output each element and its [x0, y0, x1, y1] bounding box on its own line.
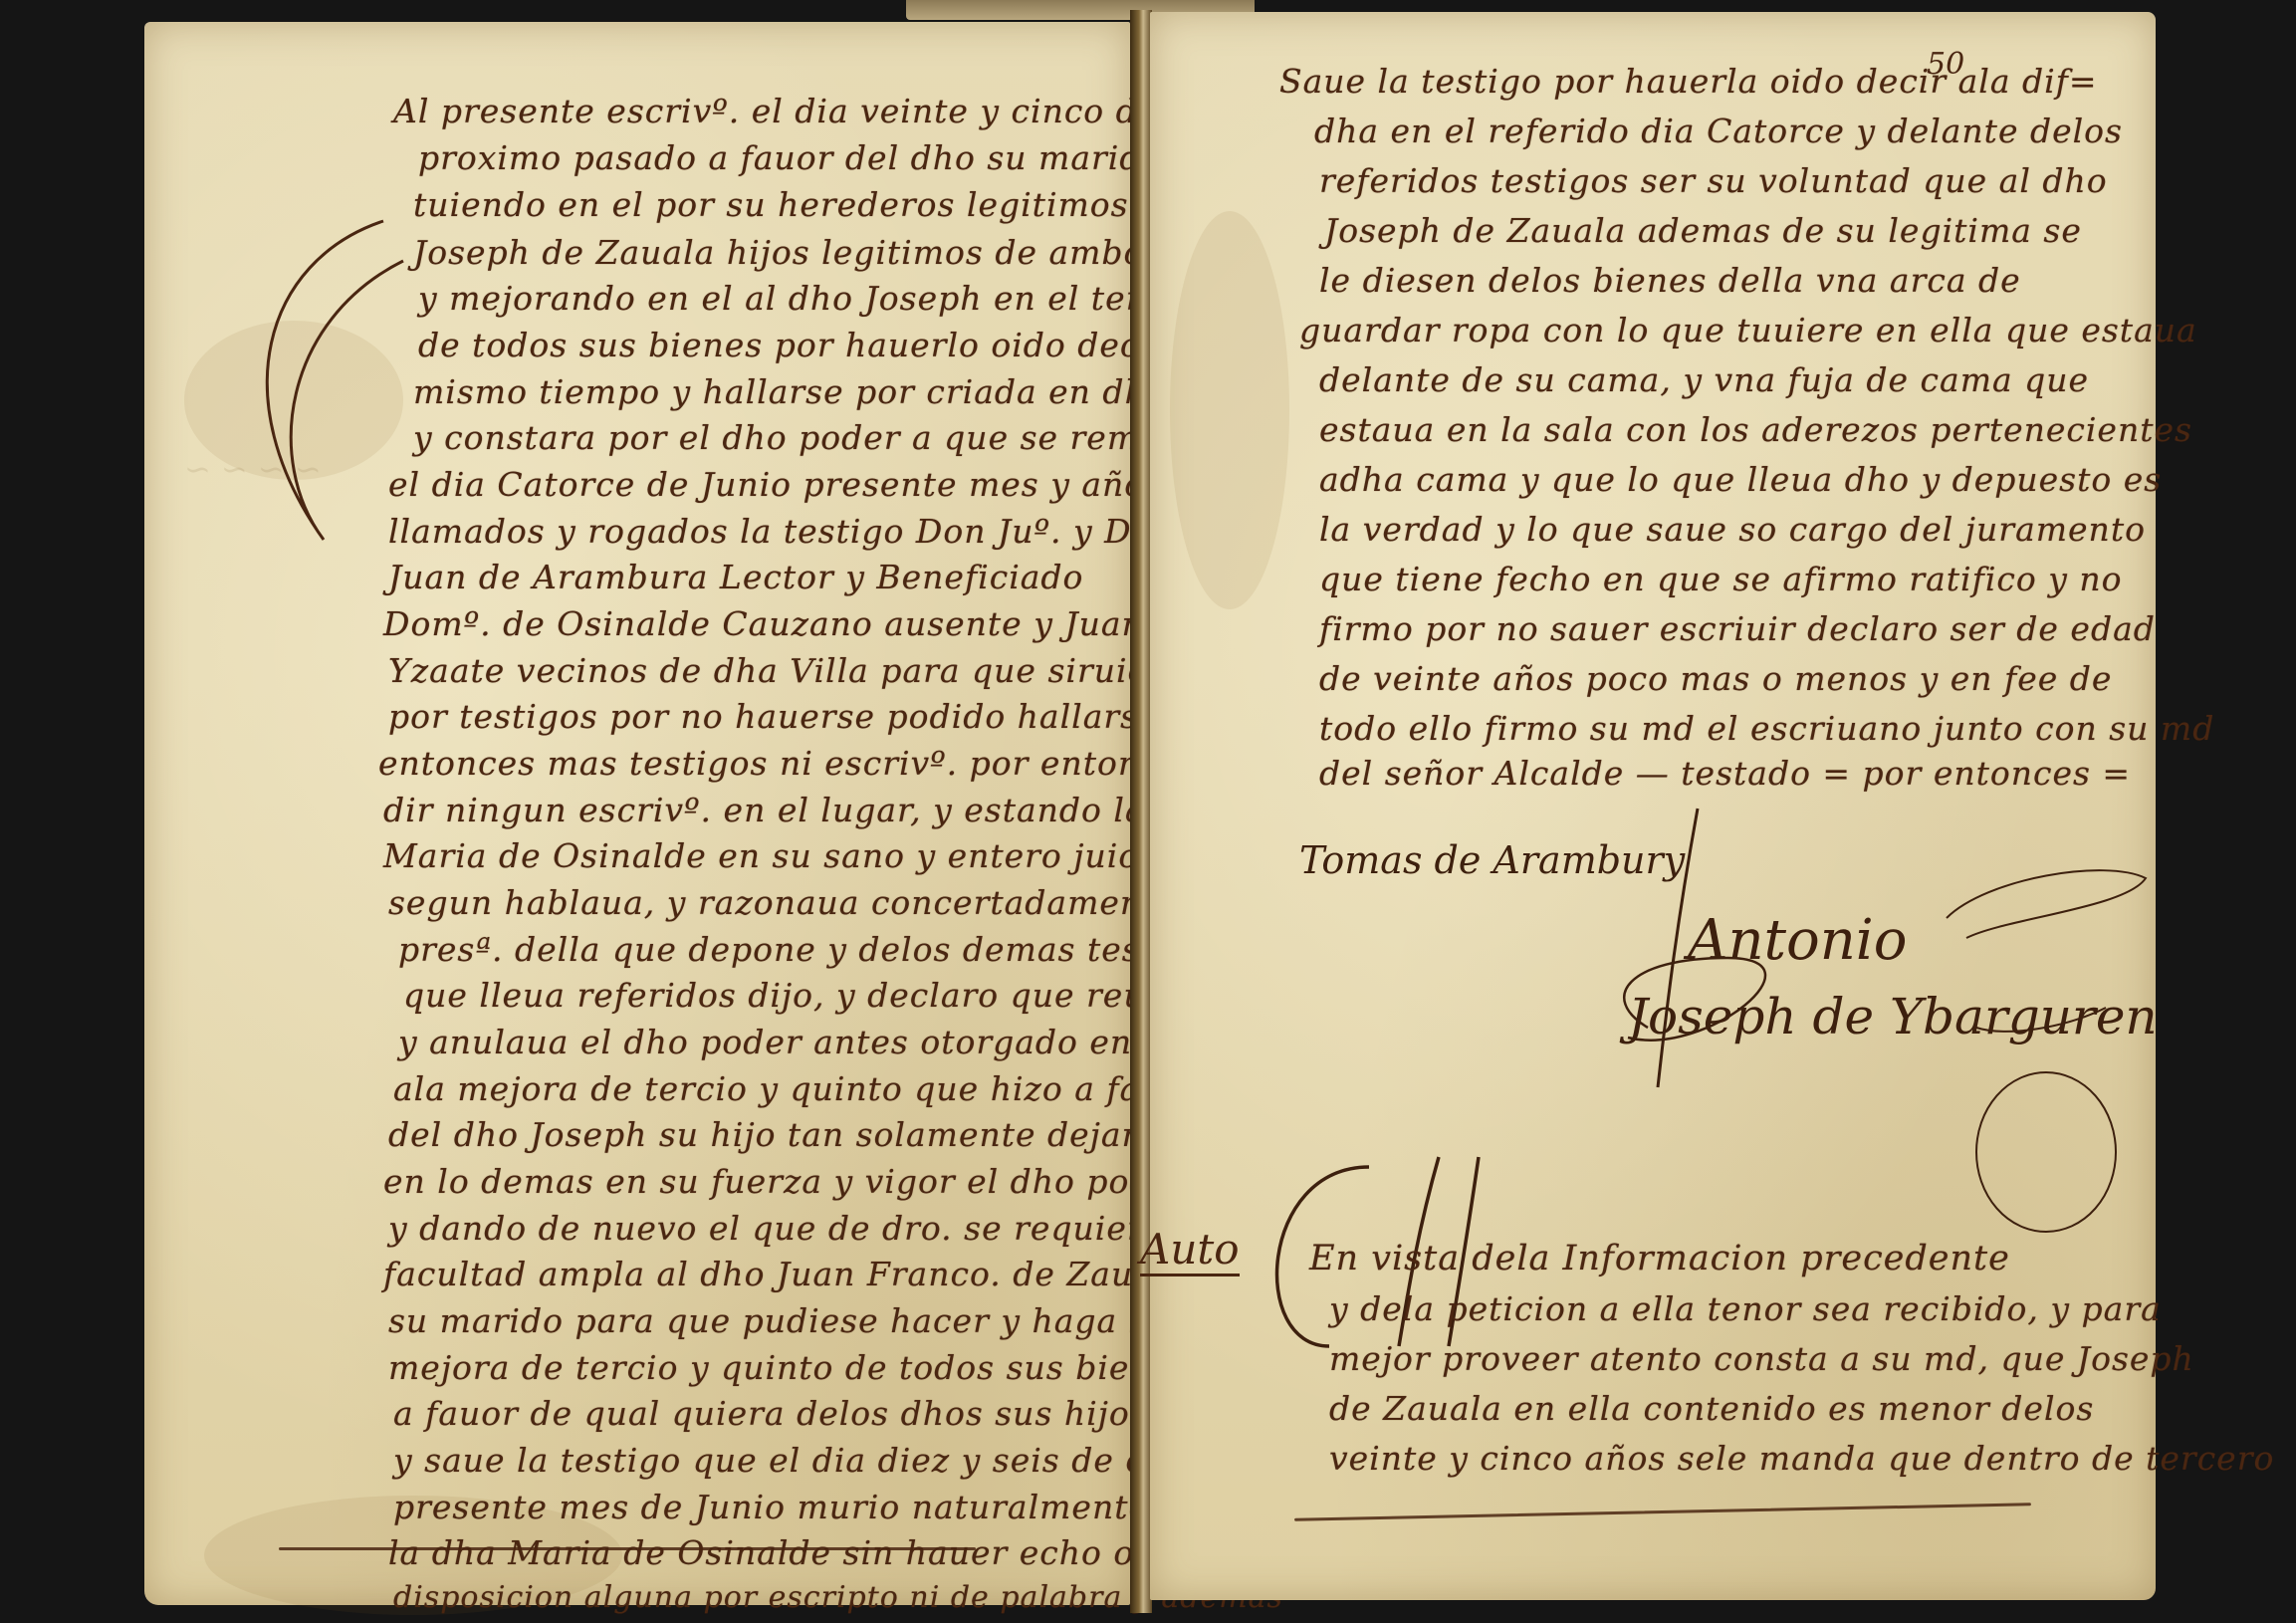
text-line: adha cama y que lo que lleua dho y depue…	[1319, 460, 2162, 499]
text-line: presª. della que depone y delos demas te…	[398, 930, 1226, 969]
text-line: segun hablaua, y razonaua concertadament…	[388, 883, 1231, 922]
text-line: le diesen delos bienes della vna arca de	[1319, 261, 2021, 300]
text-line: llamados y rogados la testigo Don Juº. y…	[388, 512, 1175, 551]
text-line: por testigos por no hauerse podido halla…	[388, 697, 1230, 736]
text-line: dir ningun escrivº. en el lugar, y estan…	[383, 791, 1222, 829]
manuscript-spread: ~ ~ ~ ~ Al presente escrivº. el dia vein…	[139, 0, 2161, 1623]
book-gutter	[1130, 10, 1152, 1613]
text-line: y dela peticion a ella tenor sea recibid…	[1329, 1289, 2162, 1328]
text-line: que tiene fecho en que se afirmo ratific…	[1319, 560, 2122, 598]
text-line: presente mes de Junio murio naturalmente	[393, 1488, 1149, 1526]
text-line: referidos testigos ser su voluntad que a…	[1319, 161, 2108, 200]
text-line: y saue la testigo que el dia diez y seis…	[393, 1441, 1157, 1480]
text-line: Maria de Osinalde en su sano y entero ju…	[383, 836, 1170, 875]
closing-rule	[279, 1547, 976, 1550]
text-line: de veinte años poco mas o menos y en fee…	[1319, 659, 2112, 698]
text-line: Saue la testigo por hauerla oido decir a…	[1279, 62, 2098, 101]
text-line: Domº. de Osinalde Cauzano ausente y Juan…	[383, 604, 1198, 643]
paper-stain	[1170, 211, 1289, 609]
left-margin-flourish	[204, 201, 443, 599]
text-line: mejora de tercio y quinto de todos sus b…	[388, 1348, 1190, 1387]
closing-rule	[1294, 1503, 2031, 1520]
text-line: del señor Alcalde — testado = por entonc…	[1319, 754, 2131, 793]
right-page: 50 Saue la testigo por hauerla oido deci…	[1150, 12, 2156, 1600]
text-line: de Zauala en ella contenido es menor del…	[1329, 1389, 2094, 1428]
text-line: Yzaate vecinos de dha Villa para que sir…	[388, 651, 1209, 690]
left-page: ~ ~ ~ ~ Al presente escrivº. el dia vein…	[144, 22, 1130, 1605]
text-line: estaua en la sala con los aderezos perte…	[1319, 410, 2192, 449]
text-line: facultad ampla al dho Juan Franco. de Za…	[383, 1255, 1186, 1293]
text-line: a fauor de qual quiera delos dhos sus hi…	[393, 1394, 1148, 1433]
text-line: su marido para que pudiese hacer y haga …	[388, 1301, 1161, 1340]
signature-rubric	[1588, 799, 2185, 1237]
text-line: en lo demas en su fuerza y vigor el dho …	[383, 1162, 1189, 1201]
text-line: Joseph de Zauala hijos legitimos de ambo…	[413, 233, 1162, 272]
text-line: firmo por no sauer escriuir declaro ser …	[1319, 609, 2156, 648]
text-line: la dha Maria de Osinalde sin hauer echo …	[388, 1533, 1186, 1572]
text-line: Joseph de Zauala ademas de su legitima s…	[1324, 211, 2082, 250]
text-line: guardar ropa con lo que tuuiere en ella …	[1299, 311, 2197, 349]
text-line: En vista dela Informacion precedente	[1309, 1239, 2010, 1278]
text-line: Juan de Arambura Lector y Beneficiado	[388, 558, 1083, 596]
text-line: ala mejora de tercio y quinto que hizo a…	[393, 1069, 1200, 1108]
text-line: y dando de nuevo el que de dro. se requi…	[388, 1209, 1195, 1248]
text-line: todo ello firmo su md el escriuano junto…	[1319, 709, 2214, 748]
text-line: que lleua referidos dijo, y declaro que …	[403, 976, 1250, 1015]
text-line: mejor proveer atento consta a su md, que…	[1329, 1339, 2194, 1378]
text-line: del dho Joseph su hijo tan solamente dej…	[388, 1115, 1187, 1154]
text-line: veinte y cinco años sele manda que dentr…	[1329, 1439, 2274, 1478]
text-line: la verdad y lo que saue so cargo del jur…	[1319, 510, 2146, 549]
text-line: delante de su cama, y vna fuja de cama q…	[1319, 360, 2089, 399]
text-line: y constara por el dho poder a que se rem…	[413, 418, 1185, 457]
text-line: dha en el referido dia Catorce y delante…	[1314, 112, 2123, 150]
